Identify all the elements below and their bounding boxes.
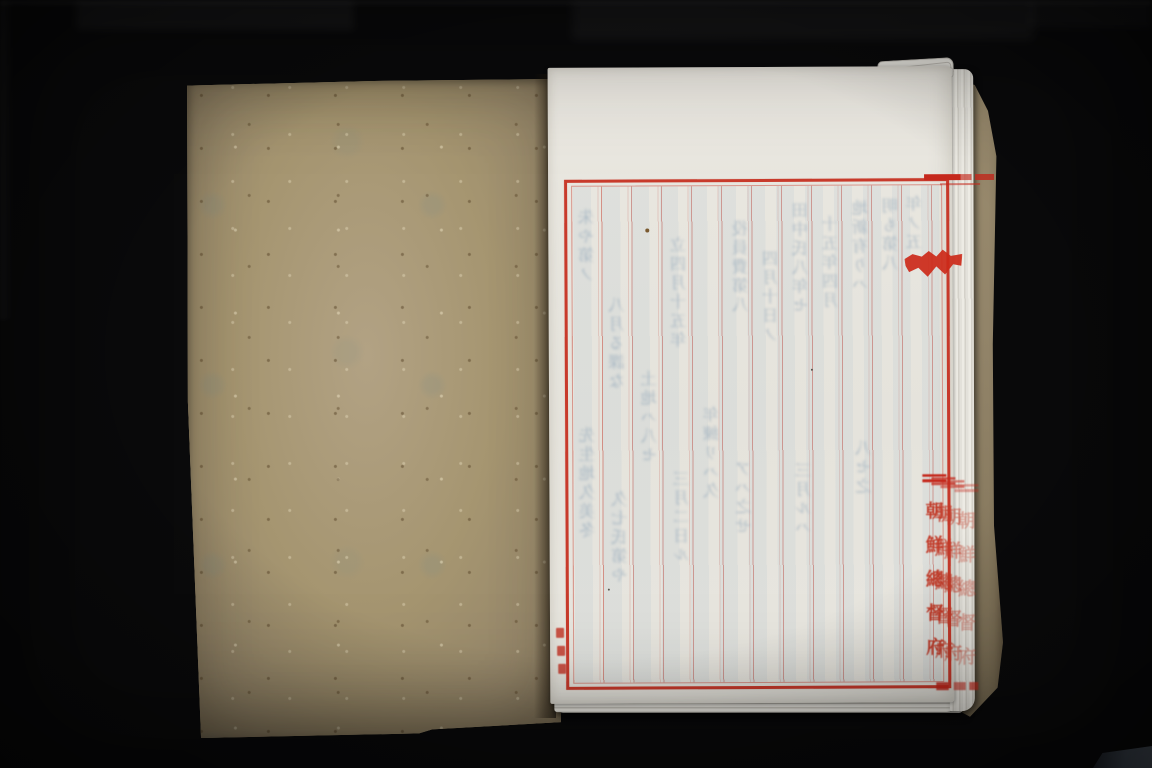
backdrop-panel-top-left [76,0,354,30]
fore-edge-stamp-echo: 朝 鮮 總 督 府 [955,484,978,662]
table-corner-object [1093,746,1152,768]
stamp-character: 總 [958,575,976,594]
backdrop-top-edge [0,0,1152,5]
showthrough-handwriting-column: 年練リハ久 [701,406,727,501]
showthrough-handwriting-column: 立四月十五年 [668,236,694,350]
fore-edge-red-line [924,174,994,180]
showthrough-handwriting-column: 田中氏八年セ [790,202,816,316]
backdrop-panel-top-center [572,0,1034,40]
ruled-frame: 朱や第ノ 先生地久美冬 八月る課な 久七氏第や 土地ハ八セ 立四月十五年 三月二… [564,178,951,690]
backdrop-panel-top-right [1028,0,1152,28]
showthrough-handwriting-column: 朱や第ノ [576,209,602,285]
ruling-columns: 朱や第ノ 先生地久美冬 八月る課な 久七氏第や 土地ハ八セ 立四月十五年 三月二… [572,185,943,683]
printer-mark [557,646,565,656]
showthrough-handwriting-column: 十五年四月 [820,216,846,311]
showthrough-handwriting-column: 明も第八 [880,197,906,273]
showthrough-handwriting-column: 年ノ五 [904,195,930,252]
showthrough-handwriting-column: 久七氏第や [609,491,635,586]
showthrough-handwriting-column: 四月十日ノ [760,250,786,345]
page-stack: 朱や第ノ 先生地久美冬 八月る課な 久七氏第や 土地ハ八セ 立四月十五年 三月二… [548,66,965,720]
showthrough-handwriting-column: アハ之せ [733,460,759,536]
printer-mark [556,628,564,638]
stamp-character: 朝 [957,507,975,526]
showthrough-handwriting-column: 八セ之 [853,439,879,496]
photo-stage: 朱や第ノ 先生地久美冬 八月る課な 久七氏第や 土地ハ八セ 立四月十五年 三月二… [0,0,1152,768]
showthrough-handwriting-column: 三月二日ル [671,470,697,565]
paper-speck [811,369,813,371]
showthrough-handwriting-column: 三月ルハ [793,462,819,538]
showthrough-handwriting-column: 八月る課な [607,297,633,392]
stamp-head-mark [954,484,978,492]
printer-mark [558,664,566,674]
fore-edge-red-line [940,183,980,185]
paper-speck [645,228,649,232]
showthrough-handwriting-column: 先生地久美冬 [577,427,603,541]
manuscript-page: 朱や第ノ 先生地久美冬 八月る課な 久七氏第や 土地ハ八セ 立四月十五年 三月二… [548,66,955,704]
paper-speck [608,589,610,591]
kraft-front-cover [186,79,562,738]
stamp-character: 鮮 [958,541,976,560]
backdrop-left-edge [0,0,14,320]
stamp-character: 府 [958,643,976,662]
fore-edge-red-dashes [936,682,978,690]
showthrough-handwriting-column: 地新有りハ [850,199,876,294]
showthrough-handwriting-column: 役員費第八 [730,220,756,315]
showthrough-handwriting-column: 土地ハ八セ [639,370,665,465]
stamp-character: 督 [958,609,976,628]
